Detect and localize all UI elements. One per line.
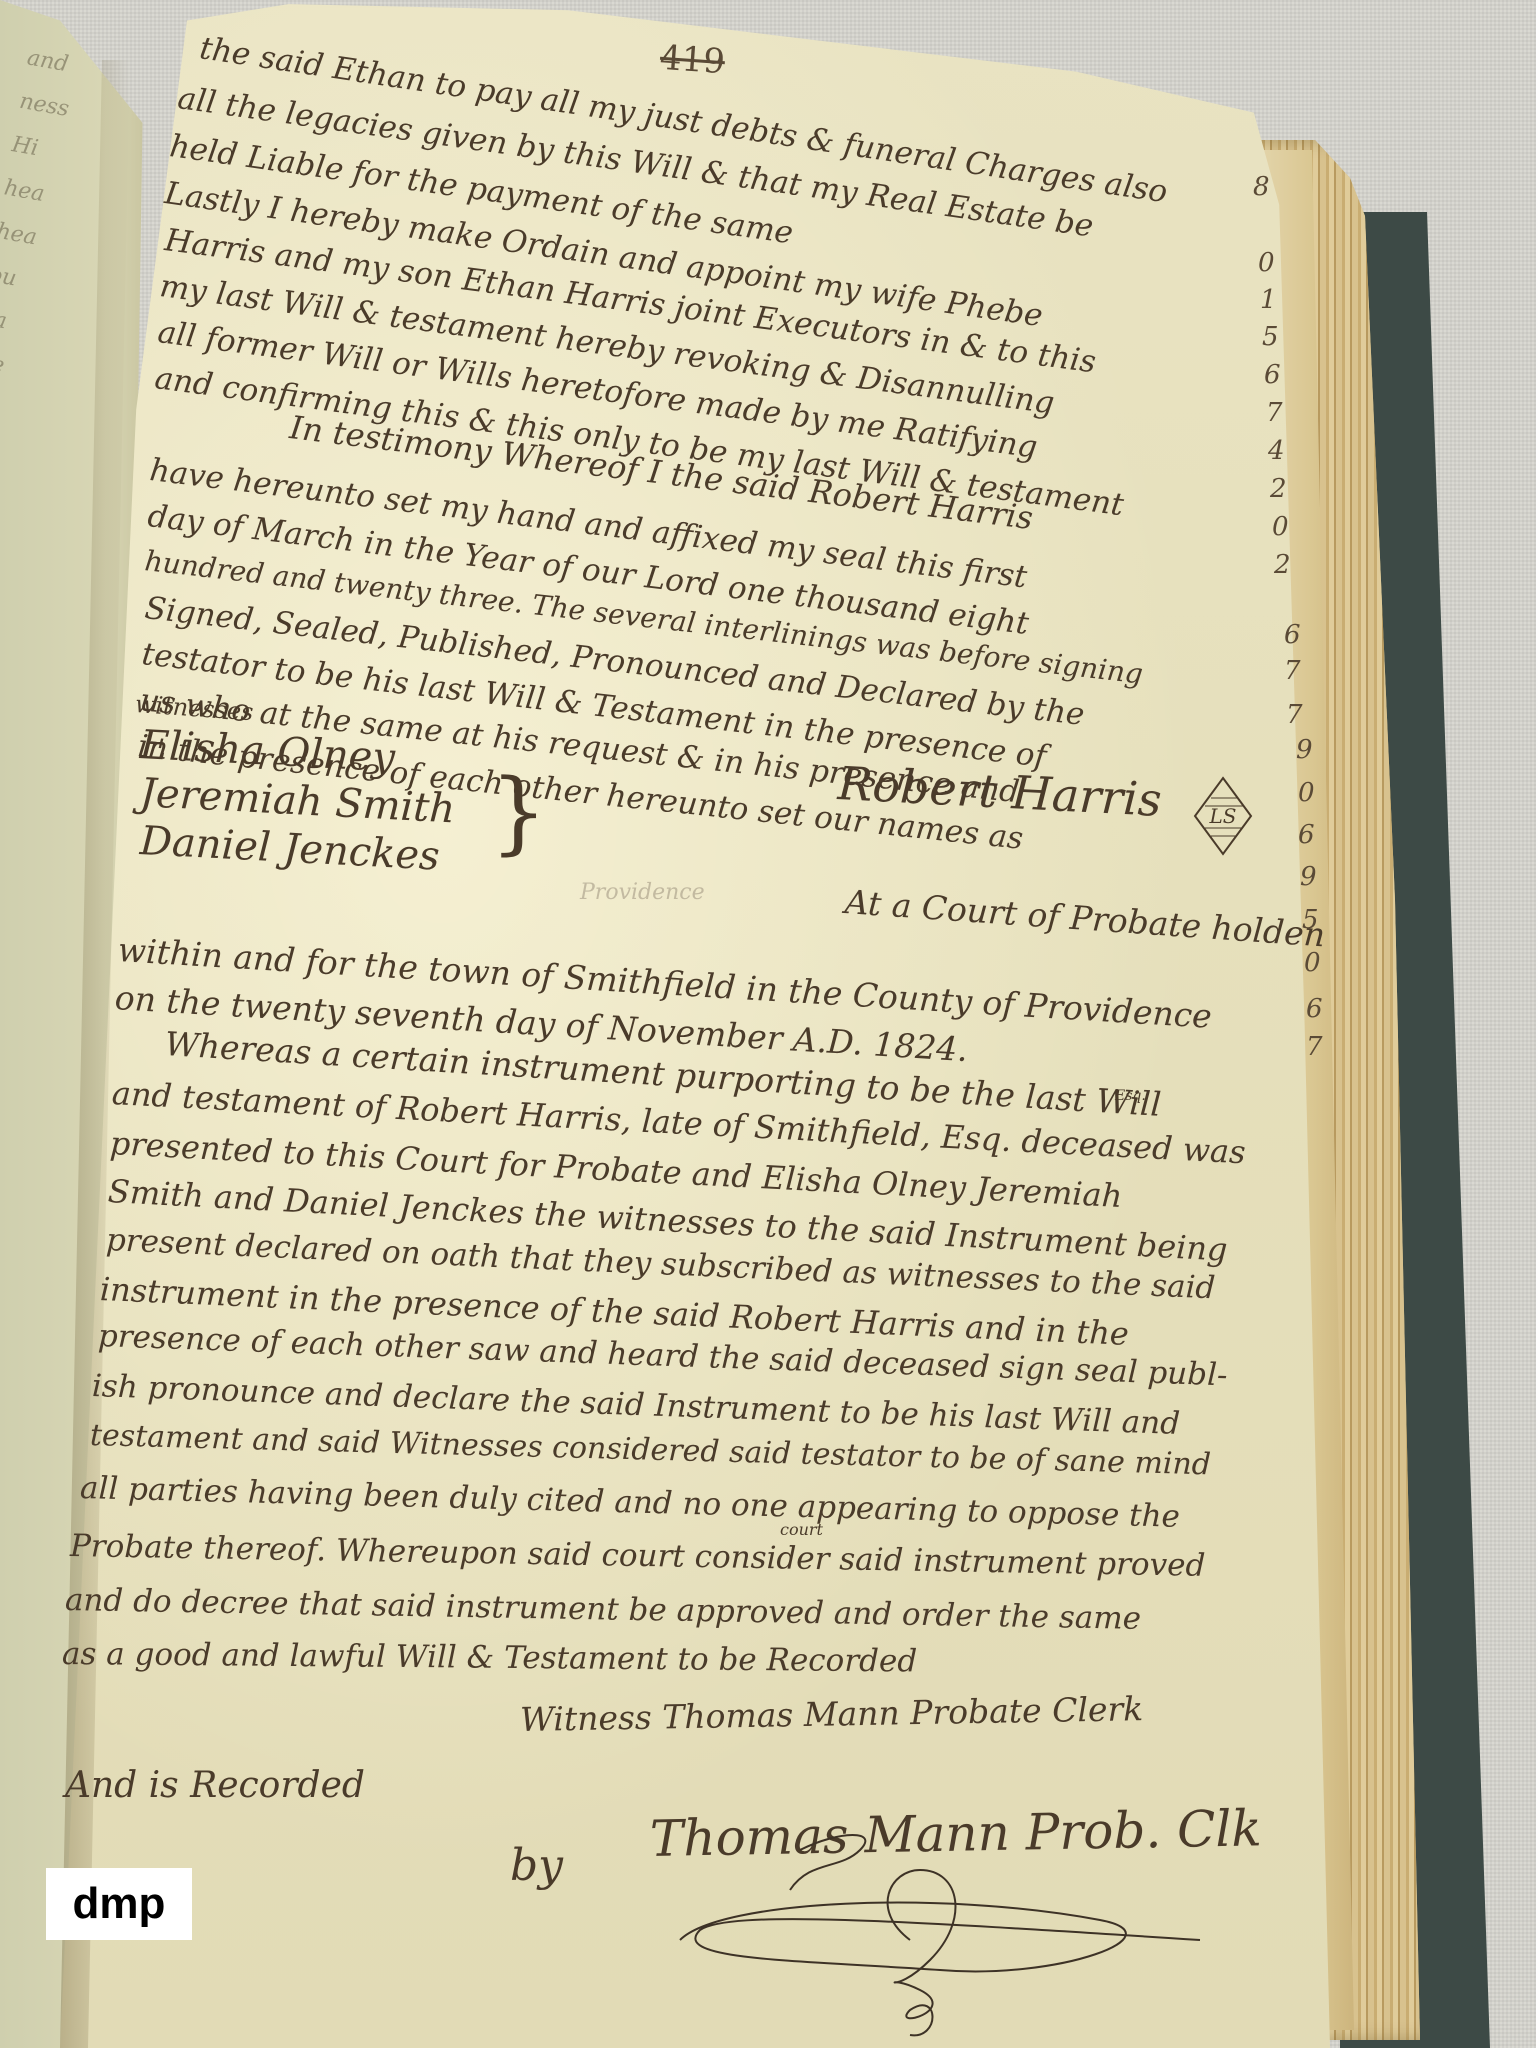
interlineation-esq: Esq. bbox=[1115, 1088, 1146, 1104]
recorded-by: by bbox=[510, 1840, 563, 1891]
probate-line: as a good and lawful Will & Testament to… bbox=[62, 1636, 917, 1679]
left-page-fragments: and ness Hi hea hea ou ca De bbox=[0, 37, 100, 396]
signature-flourish-icon bbox=[640, 1830, 1240, 2048]
wax-seal-mark: LS bbox=[1193, 776, 1253, 856]
page-number: 419 bbox=[659, 38, 727, 82]
brace: } bbox=[490, 760, 547, 865]
faded-bleedthrough-note: Providence bbox=[580, 880, 705, 905]
interlineation-court: court bbox=[780, 1520, 823, 1539]
dmp-label: dmp bbox=[46, 1868, 192, 1940]
recorded-note: And is Recorded bbox=[65, 1765, 365, 1806]
